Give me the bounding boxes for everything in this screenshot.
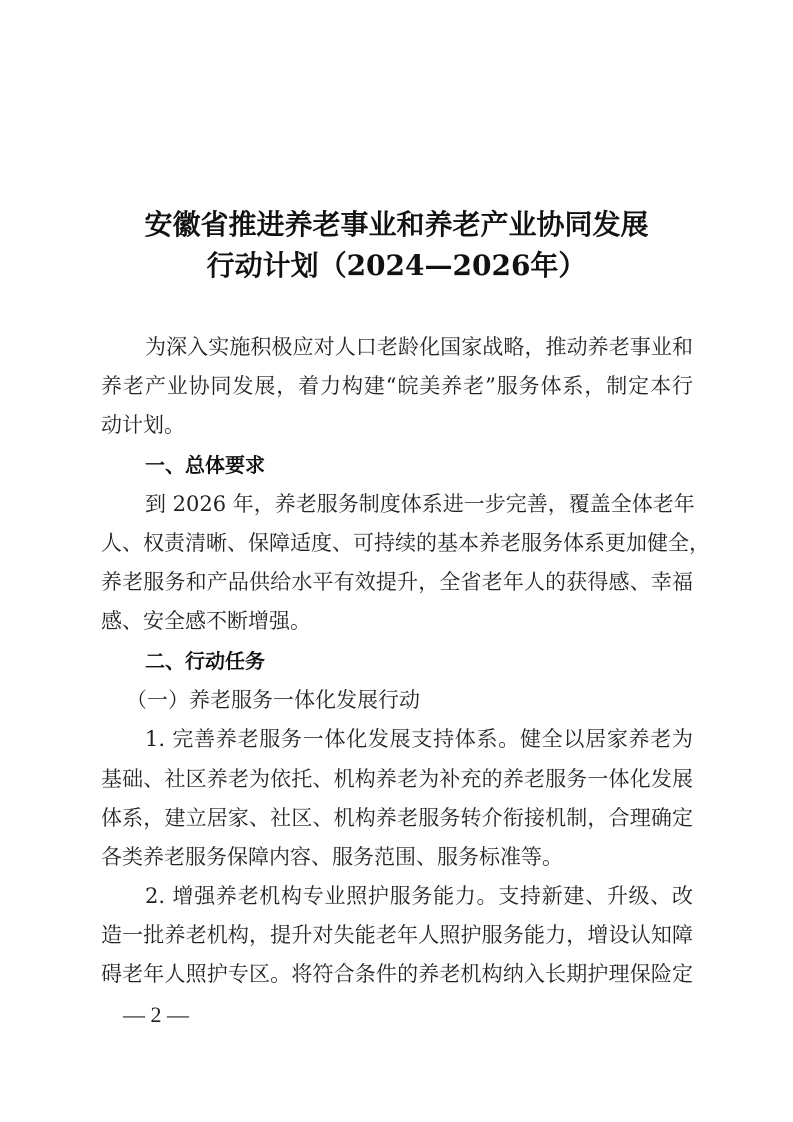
page-number: — 2 — — [123, 1002, 189, 1028]
text-line: 碍老年人照护专区。将符合条件的养老机构纳入长期护理保险定 — [101, 959, 693, 989]
text-line: 2. 增强养老机构专业照护服务能力。支持新建、升级、改 — [145, 881, 693, 911]
title-line-1: 安徽省推进养老事业和养老产业协同发展 — [0, 203, 793, 243]
text-line: 1. 完善养老服务一体化发展支持体系。健全以居家养老为 — [145, 724, 693, 754]
subsection-heading-integration: （一）养老服务一体化发展行动 — [126, 685, 420, 715]
text-line: 基础、社区养老为依托、机构养老为补充的养老服务一体化发展 — [101, 764, 693, 794]
text-line: 人、权责清晰、保障适度、可持续的基本养老服务体系更加健全， — [101, 528, 693, 558]
text-line: 为深入实施积极应对人口老龄化国家战略，推动养老事业和 — [145, 332, 693, 362]
text-line: 动计划。 — [101, 410, 693, 440]
text-line: 造一批养老机构，提升对失能老年人照护服务能力，增设认知障 — [101, 920, 693, 950]
text-line: 感、安全感不断增强。 — [101, 606, 693, 636]
text-line: 养老服务和产品供给水平有效提升，全省老年人的获得感、幸福 — [101, 567, 693, 597]
title-line-2: 行动计划（2024—2026年） — [0, 244, 793, 284]
text-line: 各类养老服务保障内容、服务范围、服务标准等。 — [101, 842, 693, 872]
section-heading-general-requirements: 一、总体要求 — [145, 450, 265, 480]
section-heading-action-tasks: 二、行动任务 — [145, 646, 265, 676]
text-line: 养老产业协同发展，着力构建“皖美养老”服务体系，制定本行 — [101, 371, 693, 401]
text-line: 到 2026 年，养老服务制度体系进一步完善，覆盖全体老年 — [145, 489, 693, 519]
text-line: 体系，建立居家、社区、机构养老服务转介衔接机制，合理确定 — [101, 803, 693, 833]
